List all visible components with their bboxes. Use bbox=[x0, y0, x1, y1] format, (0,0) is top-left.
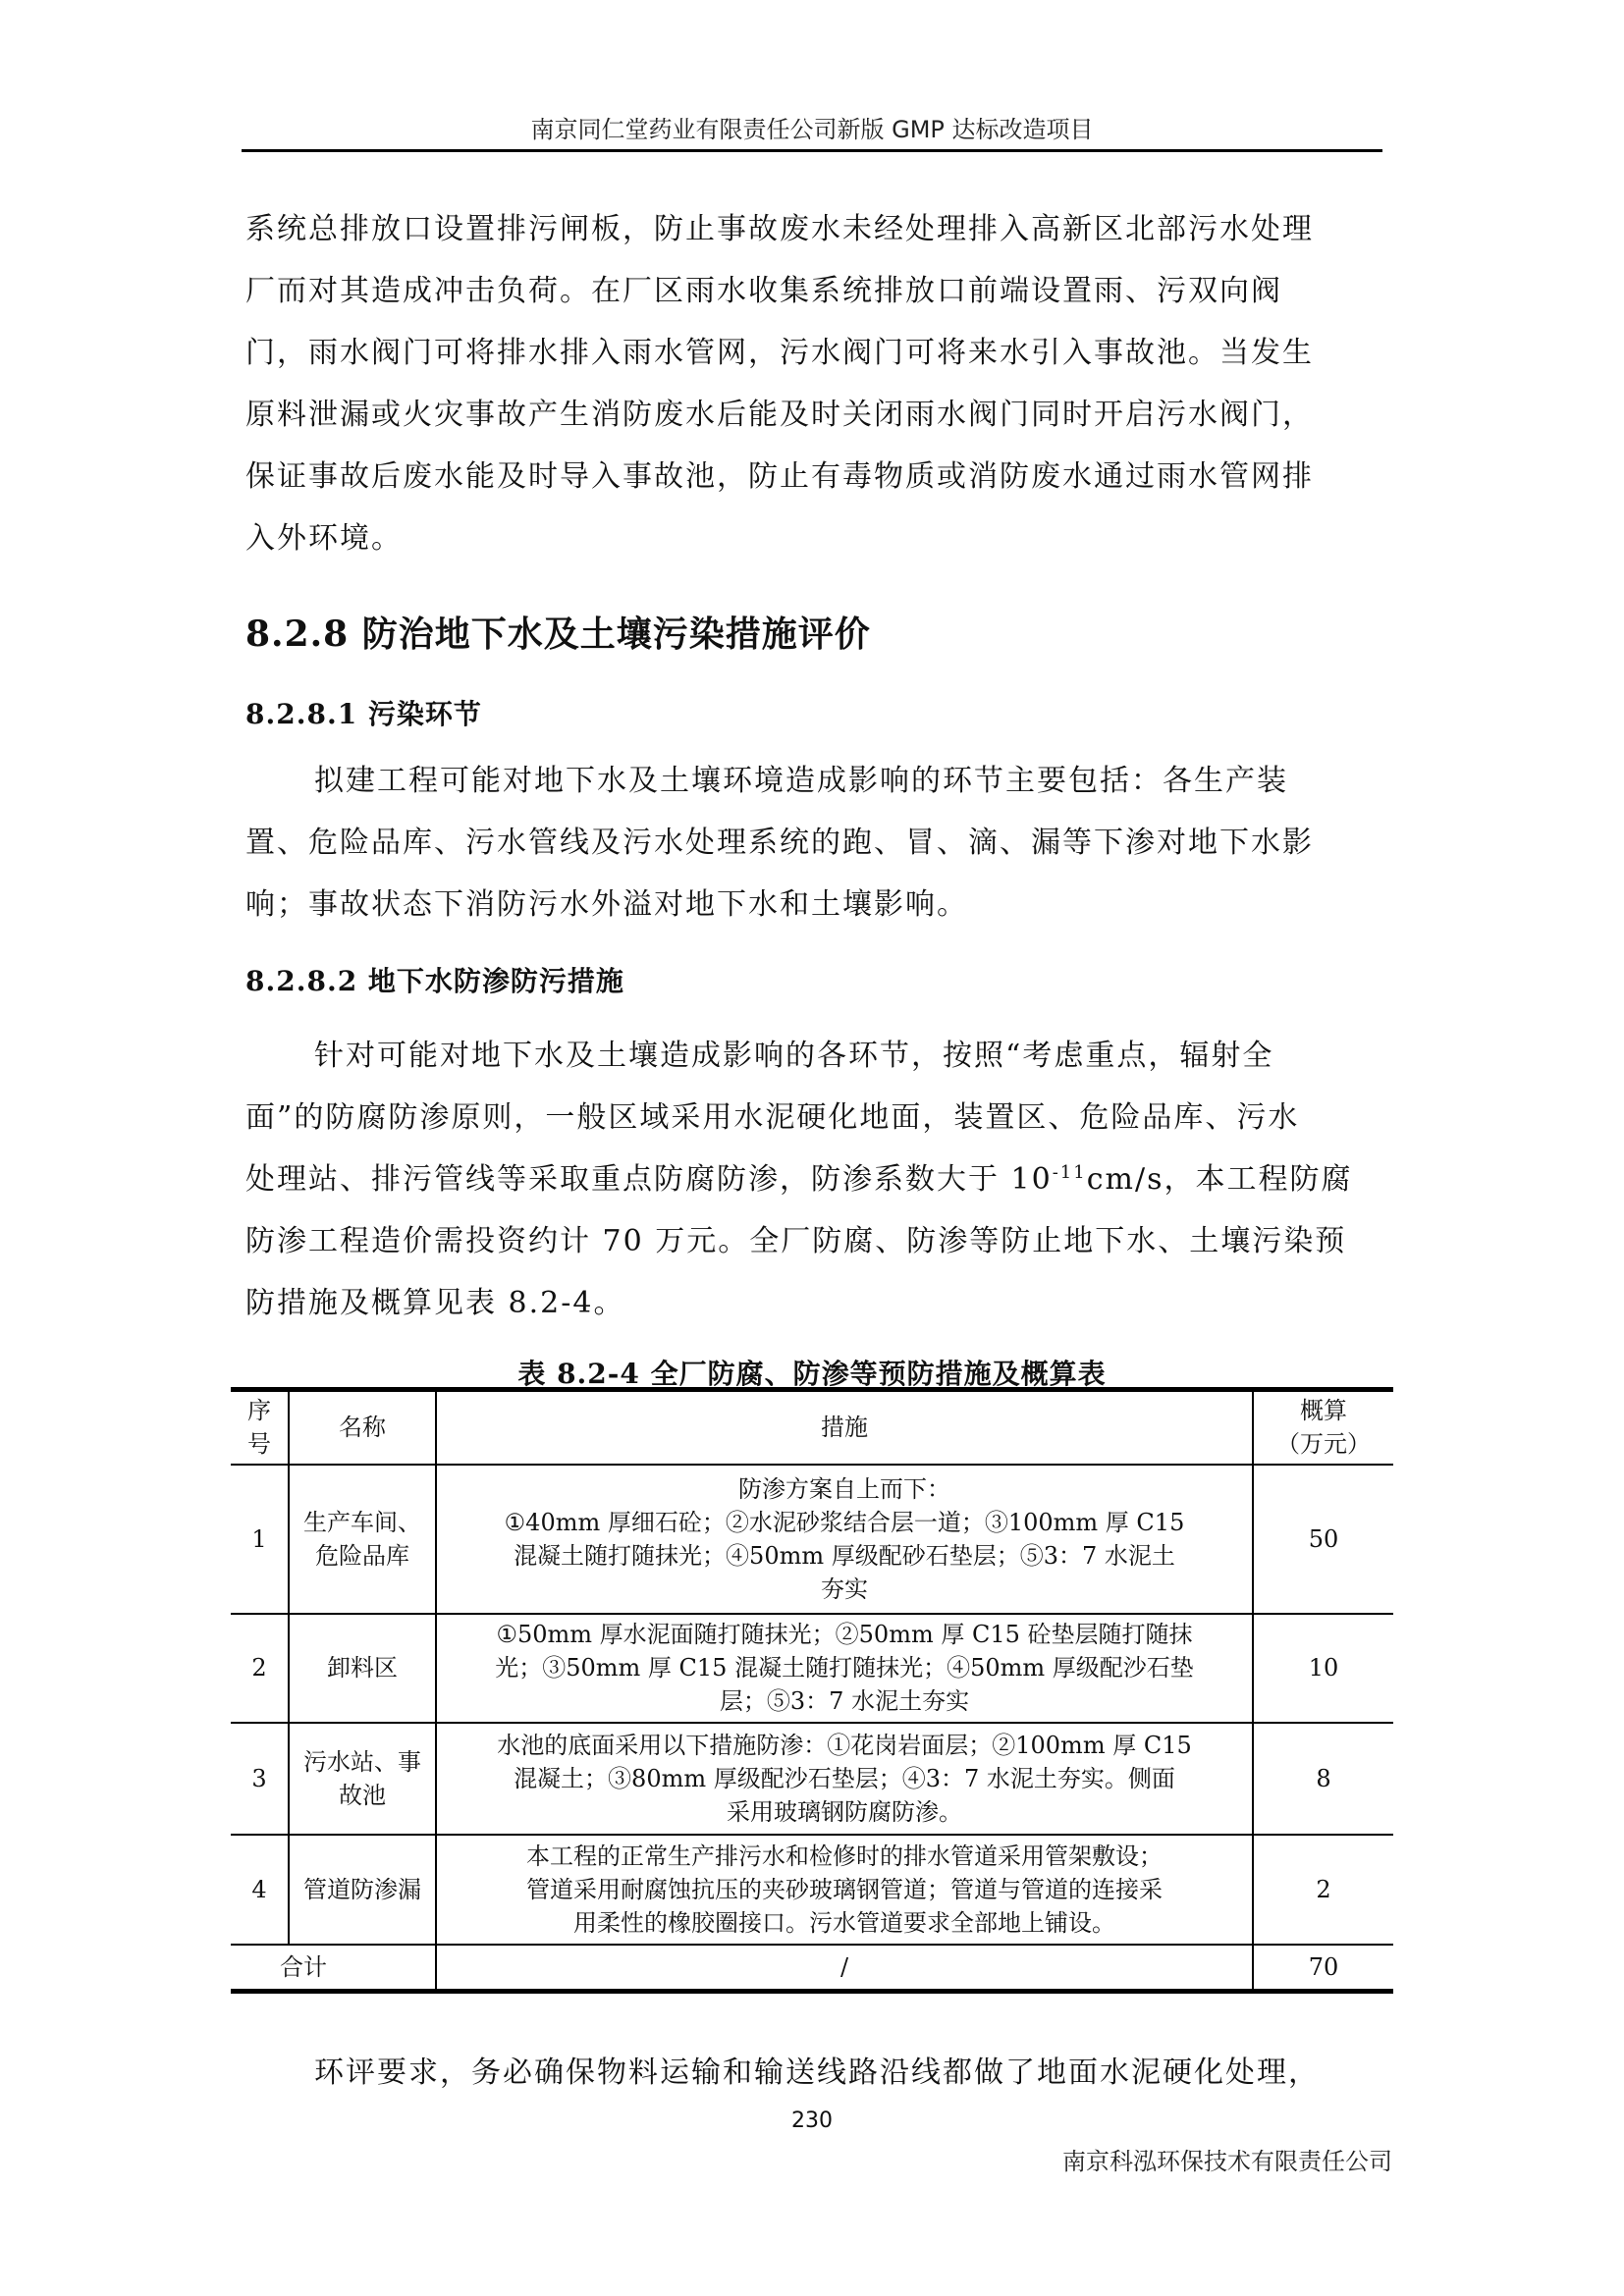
measure-line: 防渗方案自上而下： bbox=[447, 1472, 1242, 1506]
section-heading: 8.2.8 防治地下水及土壤污染措施评价 bbox=[245, 607, 871, 657]
total-cost: 70 bbox=[1253, 1945, 1393, 1992]
measure-line: 采用玻璃钢防腐防渗。 bbox=[447, 1795, 1242, 1829]
table-caption: 表 8.2-4 全厂防腐、防渗等预防措施及概算表 bbox=[231, 1353, 1393, 1392]
cell-no: 4 bbox=[231, 1835, 289, 1945]
measure-line: 混凝土随打随抹光；④50mm 厚级配砂石垫层；⑤3：7 水泥土 bbox=[447, 1539, 1242, 1573]
measures-table: 序号 名称 措施 概算（万元） 1 生产车间、危险品库 防渗方案自上而下： ①4… bbox=[231, 1387, 1393, 1994]
text-line: 响；事故状态下消防污水外溢对地下水和土壤影响。 bbox=[245, 880, 1394, 923]
table-row: 2 卸料区 ①50mm 厚水泥面随打随抹光；②50mm 厚 C15 砼垫层随打随… bbox=[231, 1614, 1393, 1723]
total-measure: / bbox=[436, 1945, 1253, 1992]
text-suffix: cm/s，本工程防腐 bbox=[1087, 1162, 1353, 1197]
text-line: 原料泄漏或火灾事故产生消防废水后能及时关闭雨水阀门同时开启污水阀门， bbox=[245, 390, 1394, 433]
running-header: 南京同仁堂药业有限责任公司新版 GMP 达标改造项目 bbox=[242, 110, 1382, 144]
measure-line: ①50mm 厚水泥面随打随抹光；②50mm 厚 C15 砼垫层随打随抹 bbox=[447, 1618, 1242, 1651]
table-row: 4 管道防渗漏 本工程的正常生产排污水和检修时的排水管道采用管架敷设； 管道采用… bbox=[231, 1835, 1393, 1945]
header-name: 名称 bbox=[289, 1390, 436, 1465]
text-line: 防渗工程造价需投资约计 70 万元。全厂防腐、防渗等防止地下水、土壤污染预 bbox=[245, 1216, 1394, 1259]
header-text: （万元） bbox=[1264, 1427, 1383, 1461]
cell-no: 2 bbox=[231, 1614, 289, 1723]
measure-line: 光；③50mm 厚 C15 混凝土随打随抹光；④50mm 厚级配沙石垫 bbox=[447, 1651, 1242, 1684]
cell-cost: 8 bbox=[1253, 1723, 1393, 1835]
text-line: 厂而对其造成冲击负荷。在厂区雨水收集系统排放口前端设置雨、污双向阀 bbox=[245, 266, 1394, 309]
cell-name: 生产车间、危险品库 bbox=[289, 1465, 436, 1614]
measure-line: 本工程的正常生产排污水和检修时的排水管道采用管架敷设； bbox=[447, 1840, 1242, 1873]
subsection-heading-8-2-8-1: 8.2.8.1 污染环节 bbox=[245, 693, 482, 732]
subsection-heading-8-2-8-2: 8.2.8.2 地下水防渗防污措施 bbox=[245, 960, 624, 999]
total-label: 合计 bbox=[231, 1945, 436, 1992]
text-line: 处理站、排污管线等采取重点防腐防渗，防渗系数大于 10-11cm/s，本工程防腐 bbox=[245, 1154, 1394, 1198]
page-number: 230 bbox=[0, 2109, 1624, 2133]
text-line: 拟建工程可能对地下水及土壤环境造成影响的环节主要包括：各生产装 bbox=[314, 756, 1463, 799]
table-row: 3 污水站、事故池 水池的底面采用以下措施防渗：①花岗岩面层；②100mm 厚 … bbox=[231, 1723, 1393, 1835]
header-text: 序 bbox=[241, 1394, 278, 1427]
text-prefix: 处理站、排污管线等采取重点防腐防渗，防渗系数大于 10 bbox=[245, 1162, 1053, 1197]
text-line: 系统总排放口设置排污闸板，防止事故废水未经处理排入高新区北部污水处理 bbox=[245, 204, 1394, 247]
text-line: 保证事故后废水能及时导入事故池，防止有毒物质或消防废水通过雨水管网排 bbox=[245, 452, 1394, 495]
header-cost: 概算（万元） bbox=[1253, 1390, 1393, 1465]
cell-no: 1 bbox=[231, 1465, 289, 1614]
cell-measure: ①50mm 厚水泥面随打随抹光；②50mm 厚 C15 砼垫层随打随抹 光；③5… bbox=[436, 1614, 1253, 1723]
cell-cost: 10 bbox=[1253, 1614, 1393, 1723]
header-rule bbox=[242, 149, 1382, 152]
table-row: 1 生产车间、危险品库 防渗方案自上而下： ①40mm 厚细石砼；②水泥砂浆结合… bbox=[231, 1465, 1393, 1614]
measure-line: 夯实 bbox=[447, 1573, 1242, 1606]
text-line: 面”的防腐防渗原则，一般区域采用水泥硬化地面，装置区、危险品库、污水 bbox=[245, 1093, 1394, 1136]
measure-line: 用柔性的橡胶圈接口。污水管道要求全部地上铺设。 bbox=[447, 1906, 1242, 1940]
cell-measure: 本工程的正常生产排污水和检修时的排水管道采用管架敷设； 管道采用耐腐蚀抗压的夹砂… bbox=[436, 1835, 1253, 1945]
exponent: -11 bbox=[1053, 1162, 1087, 1183]
cell-name: 污水站、事故池 bbox=[289, 1723, 436, 1835]
header-no: 序号 bbox=[231, 1390, 289, 1465]
cell-no: 3 bbox=[231, 1723, 289, 1835]
table-header-row: 序号 名称 措施 概算（万元） bbox=[231, 1390, 1393, 1465]
closing-paragraph-line: 环评要求，务必确保物料运输和输送线路沿线都做了地面水泥硬化处理， bbox=[314, 2048, 1463, 2091]
footer-company: 南京科泓环保技术有限责任公司 bbox=[1062, 2142, 1392, 2176]
measure-line: 层；⑤3：7 水泥土夯实 bbox=[447, 1684, 1242, 1718]
measure-line: 管道采用耐腐蚀抗压的夹砂玻璃钢管道；管道与管道的连接采 bbox=[447, 1873, 1242, 1906]
measure-line: 混凝土；③80mm 厚级配沙石垫层；④3：7 水泥土夯实。侧面 bbox=[447, 1762, 1242, 1795]
header-text: 号 bbox=[241, 1427, 278, 1461]
cell-cost: 2 bbox=[1253, 1835, 1393, 1945]
text-line: 置、危险品库、污水管线及污水处理系统的跑、冒、滴、漏等下渗对地下水影 bbox=[245, 818, 1394, 861]
cell-name: 卸料区 bbox=[289, 1614, 436, 1723]
header-text: 概算 bbox=[1264, 1394, 1383, 1427]
cell-cost: 50 bbox=[1253, 1465, 1393, 1614]
cell-measure: 防渗方案自上而下： ①40mm 厚细石砼；②水泥砂浆结合层一道；③100mm 厚… bbox=[436, 1465, 1253, 1614]
text-line: 入外环境。 bbox=[245, 513, 1394, 557]
text-line: 门，雨水阀门可将排水排入雨水管网，污水阀门可将来水引入事故池。当发生 bbox=[245, 328, 1394, 371]
cell-name: 管道防渗漏 bbox=[289, 1835, 436, 1945]
text-line: 防措施及概算见表 8.2-4。 bbox=[245, 1278, 1394, 1321]
cell-measure: 水池的底面采用以下措施防渗：①花岗岩面层；②100mm 厚 C15 混凝土；③8… bbox=[436, 1723, 1253, 1835]
text-line: 针对可能对地下水及土壤造成影响的各环节，按照“考虑重点，辐射全 bbox=[314, 1031, 1463, 1074]
table-total-row: 合计 / 70 bbox=[231, 1945, 1393, 1992]
measure-line: 水池的底面采用以下措施防渗：①花岗岩面层；②100mm 厚 C15 bbox=[447, 1729, 1242, 1762]
header-measure: 措施 bbox=[436, 1390, 1253, 1465]
measure-line: ①40mm 厚细石砼；②水泥砂浆结合层一道；③100mm 厚 C15 bbox=[447, 1506, 1242, 1539]
